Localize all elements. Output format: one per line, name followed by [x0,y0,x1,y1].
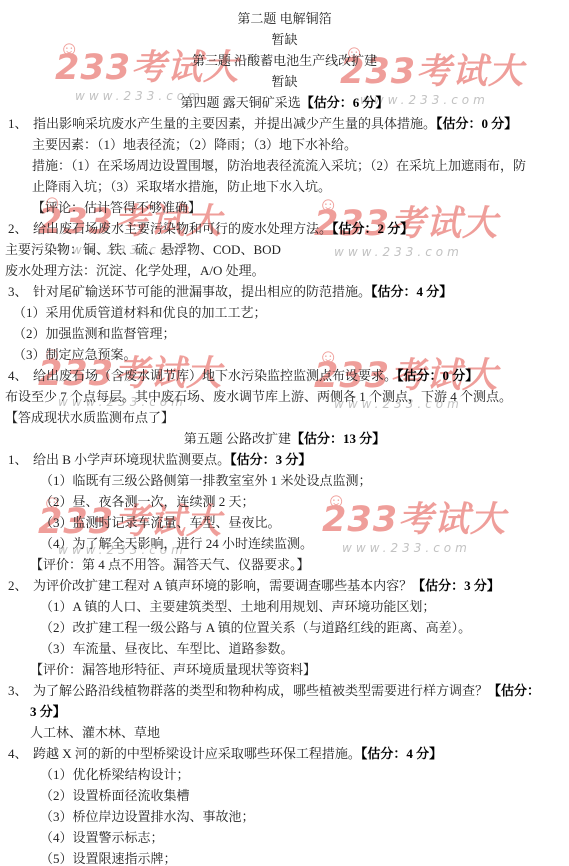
section-title-4: 第四题 露天铜矿采选【估分：6 分】 [0,92,569,113]
answer-text: 布设至少 7 个点每层。其中废石场、废水调节库上游、两侧各 1 个测点，下游 4… [5,389,512,404]
question-line: 2、为评价改扩建工程对 A 镇声环境的影响，需要调查哪些基本内容？【估分：3 分… [0,575,569,596]
score-badge: 【估分：3 分】 [230,452,311,467]
score-badge: 【估分：13 分】 [291,431,385,446]
question-line: 1、指出影响采坑废水产生量的主要因素，并提出减少产生量的具体措施。【估分：0 分… [0,113,569,134]
answer-text: （1）优化桥梁结构设计； [40,767,190,782]
answer-item: （1）A 镇的人口、主要建筑类型、土地利用规划、声环境功能区划； [0,596,569,617]
status-missing: 暂缺 [0,71,569,92]
question-line: 3、针对尾矿输送环节可能的泄漏事故，提出相应的防范措施。【估分：4 分】 [0,281,569,302]
answer-item: （1）优化桥梁结构设计； [0,764,569,785]
score-continuation: 3 分】 [0,701,569,722]
answer-line: 主要污染物：铜、铁、硫、悬浮物、COD、BOD [0,239,569,260]
section-title-3: 第三题 沿酸蓄电池生产线改扩建 [0,50,569,71]
question-text: 跨越 X 河的新的中型桥梁设计应采取哪些环保工程措施。 [33,746,361,761]
score-badge: 【估分：0 分】 [397,368,478,383]
section-title-5: 第五题 公路改扩建【估分：13 分】 [0,428,569,449]
score-badge: 【估分：4 分】 [361,746,442,761]
answer-item: （2）改扩建工程一级公路与 A 镇的位置关系（与道路红线的距离、高差）。 [0,617,569,638]
question-number: 2、 [8,218,33,239]
answer-text: （2）改扩建工程一级公路与 A 镇的位置关系（与道路红线的距离、高差）。 [40,620,471,635]
question-line: 4、跨越 X 河的新的中型桥梁设计应采取哪些环保工程措施。【估分：4 分】 [0,743,569,764]
document-page: ☺ 233考试大 www.233.com ☺ 233考试大 www.233.co… [0,0,569,866]
question-number: 3、 [8,281,33,302]
answer-item: （3）监测时记录车流量、车型、昼夜比。 [0,512,569,533]
answer-line: 主要因素：（1）地表径流；（2）降雨；（3）地下水补给。 [0,134,569,155]
question-text: 给出废石场（含废水调节库）地下水污染监控监测点布设要求。 [33,368,397,383]
question-number: 1、 [8,113,33,134]
score-badge: 【估分：6 分】 [301,95,389,110]
question-number: 3、 [8,680,33,701]
question-text: 给出废石场废水主要污染物和可行的废水处理方法。 [33,221,332,236]
section-title-text: 第二题 电解铜箔 [237,11,331,26]
question-text: 为评价改扩建工程对 A 镇声环境的影响，需要调查哪些基本内容？ [33,578,412,593]
answer-item: （1）临既有三级公路侧第一排教室室外 1 米处设点监测； [0,470,569,491]
status-missing: 暂缺 [0,29,569,50]
comment-text: 【评价：第 4 点不用答。漏答天气、仪器要求。】 [30,557,310,572]
question-line: 1、给出 B 小学声环境现状监测要点。【估分：3 分】 [0,449,569,470]
score-badge: 【估分： [488,683,540,698]
question-line: 4、给出废石场（含废水调节库）地下水污染监控监测点布设要求。【估分：0 分】 [0,365,569,386]
answer-item: （4）为了解全天影响，进行 24 小时连续监测。 [0,533,569,554]
answer-text: （1）A 镇的人口、主要建筑类型、土地利用规划、声环境功能区划； [40,599,435,614]
score-badge: 【估分：0 分】 [436,116,517,131]
question-number: 4、 [8,365,33,386]
answer-text: 主要因素：（1）地表径流；（2）降雨；（3）地下水补给。 [32,137,357,152]
answer-text: （5）设置限速指示牌； [40,851,177,866]
answer-item: （1）采用优质管道材料和优良的加工工艺； [0,302,569,323]
answer-text: （2）昼、夜各测一次，连续测 2 天； [40,494,255,509]
comment-text: 【评论：估计答得不够准确】 [32,200,201,215]
comment-text: 【答成现状水质监测布点了】 [5,410,174,425]
question-number: 2、 [8,575,33,596]
answer-line: 人工林、灌木林、草地 [0,722,569,743]
question-text: 针对尾矿输送环节可能的泄漏事故，提出相应的防范措施。 [33,284,371,299]
answer-text: 主要污染物：铜、铁、硫、悬浮物、COD、BOD [5,242,281,257]
status-text: 暂缺 [271,32,297,47]
answer-line: 布设至少 7 个点每层。其中废石场、废水调节库上游、两侧各 1 个测点，下游 4… [0,386,569,407]
answer-text: （4）设置警示标志； [40,830,164,845]
answer-text: 措施：（1）在采场周边设置围堰，防治地表径流流入采坑；（2）在采坑上加遮雨布，防 [32,158,526,173]
answer-item: （2）昼、夜各测一次，连续测 2 天； [0,491,569,512]
score-badge: 3 分】 [30,704,66,719]
question-text: 指出影响采坑废水产生量的主要因素，并提出减少产生量的具体措施。 [33,116,436,131]
question-line: 3、为了解公路沿线植物群落的类型和物种构成，哪些植被类型需要进行样方调查？【估分… [0,680,569,701]
answer-text: （2）设置桥面径流收集槽 [40,788,190,803]
answer-text: （4）为了解全天影响，进行 24 小时连续监测。 [40,536,313,551]
section-title-text: 第三题 沿酸蓄电池生产线改扩建 [192,53,377,68]
answer-item: （3）制定应急预案。 [0,344,569,365]
answer-line: 措施：（1）在采场周边设置围堰，防治地表径流流入采坑；（2）在采坑上加遮雨布，防 [0,155,569,176]
answer-text: （3）制定应急预案。 [13,347,137,362]
question-number: 4、 [8,743,33,764]
answer-text: （1）采用优质管道材料和优良的加工工艺； [13,305,267,320]
answer-item: （5）设置限速指示牌； [0,848,569,866]
comment-text: 【评价：漏答地形特征、声环境质量现状等资料】 [30,662,316,677]
question-text: 给出 B 小学声环境现状监测要点。 [33,452,230,467]
answer-item: （4）设置警示标志； [0,827,569,848]
answer-text: 人工林、灌木林、草地 [30,725,160,740]
answer-item: （3）车流量、昼夜比、车型比、道路参数。 [0,638,569,659]
answer-text: （2）加强监测和监督管理； [13,326,176,341]
comment-line: 【评论：估计答得不够准确】 [0,197,569,218]
answer-text: （1）临既有三级公路侧第一排教室室外 1 米处设点监测； [40,473,372,488]
section-title-text: 第四题 露天铜矿采选 [180,95,300,110]
question-number: 1、 [8,449,33,470]
document-content: 第二题 电解铜箔 暂缺 第三题 沿酸蓄电池生产线改扩建 暂缺 第四题 露天铜矿采… [0,0,569,866]
score-badge: 【估分：2 分】 [332,221,413,236]
answer-text: （3）监测时记录车流量、车型、昼夜比。 [40,515,281,530]
answer-text: （3）桥位岸边设置排水沟、事故池； [40,809,255,824]
answer-text: （3）车流量、昼夜比、车型比、道路参数。 [40,641,294,656]
section-title-2: 第二题 电解铜箔 [0,8,569,29]
comment-line: 【评价：漏答地形特征、声环境质量现状等资料】 [0,659,569,680]
answer-line: 废水处理方法：沉淀、化学处理，A/O 处理。 [0,260,569,281]
answer-item: （2）设置桥面径流收集槽 [0,785,569,806]
answer-text: 废水处理方法：沉淀、化学处理，A/O 处理。 [5,263,265,278]
score-badge: 【估分：3 分】 [412,578,500,593]
answer-line: 止降雨入坑；（3）采取堵水措施，防止地下水入坑。 [0,176,569,197]
comment-line: 【评价：第 4 点不用答。漏答天气、仪器要求。】 [0,554,569,575]
comment-line: 【答成现状水质监测布点了】 [0,407,569,428]
question-line: 2、给出废石场废水主要污染物和可行的废水处理方法。【估分：2 分】 [0,218,569,239]
status-text: 暂缺 [271,74,297,89]
answer-item: （3）桥位岸边设置排水沟、事故池； [0,806,569,827]
section-title-text: 第五题 公路改扩建 [184,431,291,446]
question-text: 为了解公路沿线植物群落的类型和物种构成，哪些植被类型需要进行样方调查？ [33,683,488,698]
answer-item: （2）加强监测和监督管理； [0,323,569,344]
score-badge: 【估分：4 分】 [371,284,452,299]
answer-text: 止降雨入坑；（3）采取堵水措施，防止地下水入坑。 [32,179,331,194]
